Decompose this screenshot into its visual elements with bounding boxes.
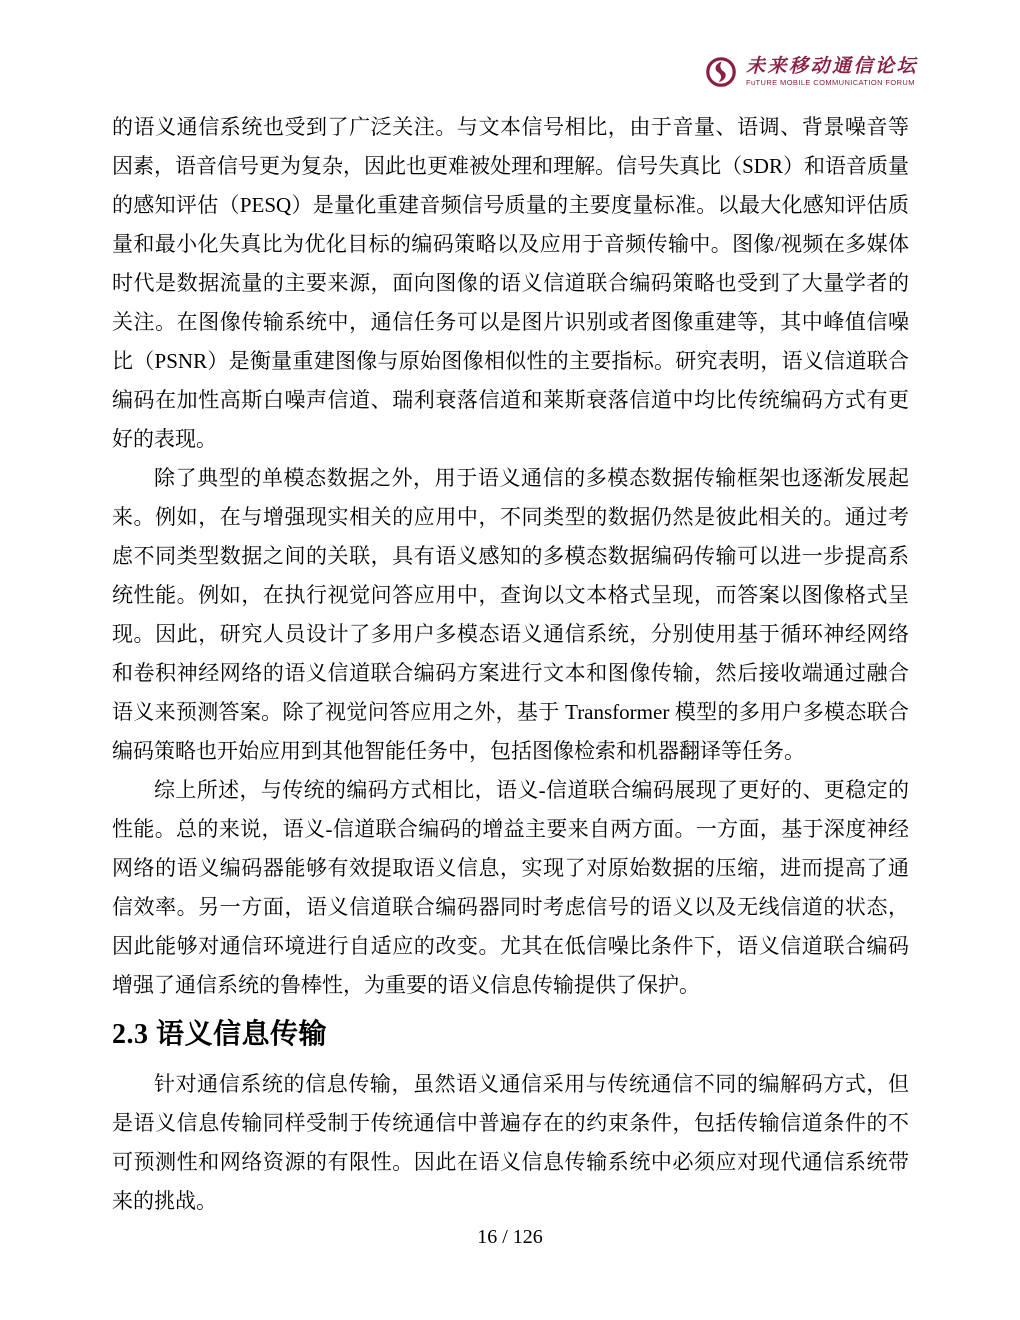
forum-name-en: FuTURE MOBILE COMMUNICATION FORUM [746,79,918,87]
paragraph-multimodal-data: 除了典型的单模态数据之外，用于语义通信的多模态数据传输框架也逐渐发展起来。例如，… [112,459,909,771]
paragraph-semantic-transmission: 针对通信系统的信息传输，虽然语义通信采用与传统通信不同的编解码方式，但是语义信息… [112,1065,909,1221]
document-page: 未来移动通信论坛 FuTURE MOBILE COMMUNICATION FOR… [0,0,1020,1320]
page-number: 16 / 126 [0,1224,1020,1250]
forum-logo: 未来移动通信论坛 FuTURE MOBILE COMMUNICATION FOR… [705,56,918,88]
document-body: 的语义通信系统也受到了广泛关注。与文本信号相比，由于音量、语调、背景噪音等因素，… [112,108,909,1221]
section-heading-2-3: 2.3 语义信息传输 [112,1019,909,1050]
forum-name-cn: 未来移动通信论坛 [746,57,918,76]
forum-emblem-icon [705,56,737,88]
paragraph-speech-image-coding: 的语义通信系统也受到了广泛关注。与文本信号相比，由于音量、语调、背景噪音等因素，… [112,108,909,459]
forum-logo-text: 未来移动通信论坛 FuTURE MOBILE COMMUNICATION FOR… [746,57,918,87]
paragraph-summary: 综上所述，与传统的编码方式相比，语义-信道联合编码展现了更好的、更稳定的性能。总… [112,771,909,1005]
